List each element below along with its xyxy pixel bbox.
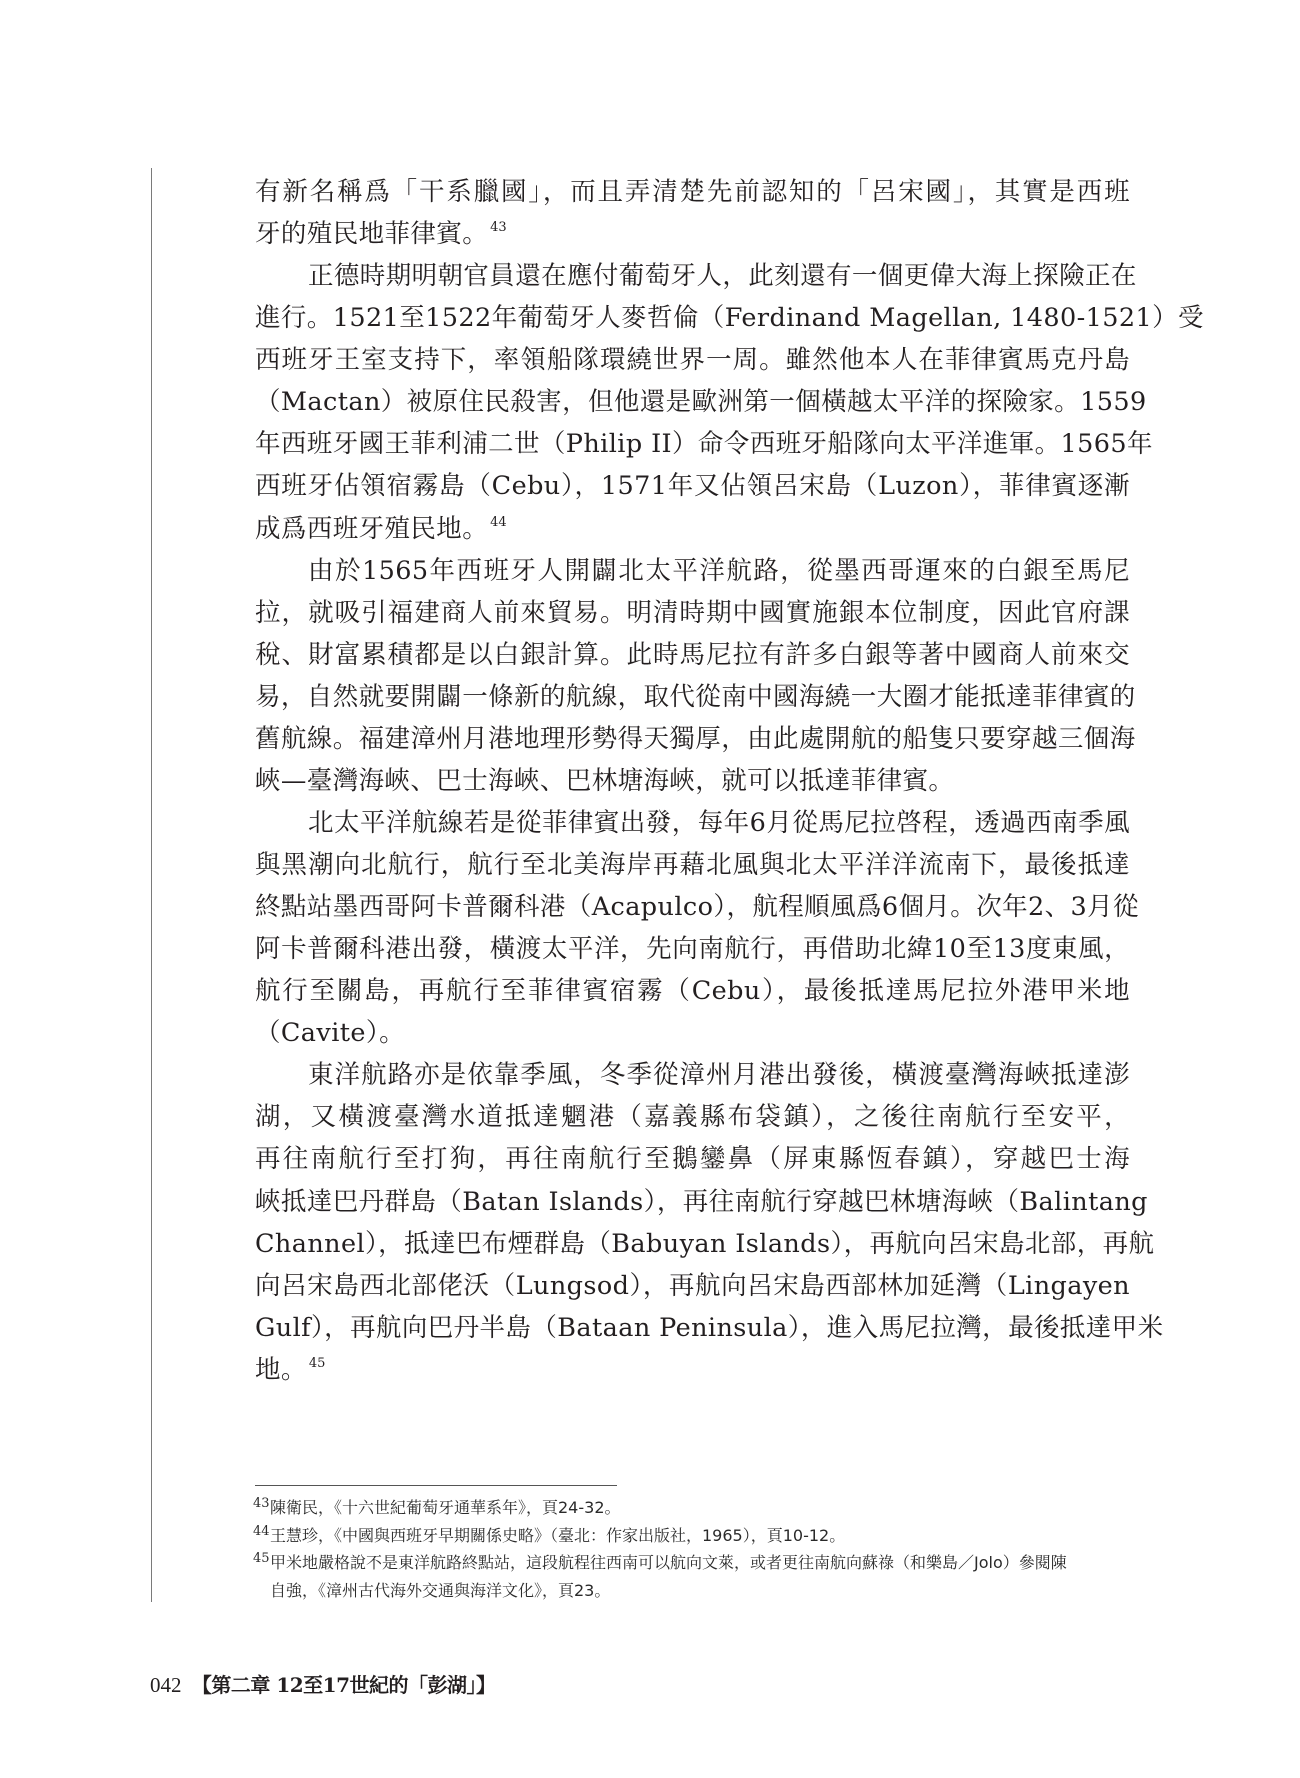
text-line-content: 西班牙佔領宿霧島（Cebu），1571年又佔領呂宋島（Luzon），菲律賓逐漸 — [255, 471, 1130, 501]
text-line-content: 正德時期明朝官員還在應付葡萄牙人，此刻還有一個更偉大海上探險正在 — [308, 261, 1137, 291]
text-line-content: （Mactan）被原住民殺害，但他還是歐洲第一個橫越太平洋的探險家。1559 — [255, 387, 1147, 417]
text-line-content: 終點站墨西哥阿卡普爾科港（Acapulco），航程順風爲6個月。次年2、3月從 — [255, 892, 1139, 922]
page-number: 042 — [150, 1673, 182, 1697]
text-line-content: 有新名稱爲「干系臘國」，而且弄清楚先前認知的「呂宋國」，其實是西班 — [255, 177, 1130, 207]
text-line-content: 與黑潮向北航行，航行至北美海岸再藉北風與北太平洋洋流南下，最後抵達 — [255, 850, 1130, 880]
text-line-content: 北太平洋航線若是從菲律賓出發，每年6月從馬尼拉啓程，透過西南季風 — [308, 808, 1130, 838]
running-header-chapter-title: 【第二章 12至17世紀的「彭湖」】 — [192, 1673, 496, 1697]
text-line: 易，自然就要開闢一條新的航線，取代從南中國海繞一大圈才能抵達菲律賓的 — [255, 676, 1130, 718]
text-line: 航行至關島，再航行至菲律賓宿霧（Cebu），最後抵達馬尼拉外港甲米地 — [255, 970, 1130, 1012]
text-line-content: 阿卡普爾科港出發，橫渡太平洋，先向南航行，再借助北緯10至13度東風， — [255, 934, 1130, 964]
text-line: （Mactan）被原住民殺害，但他還是歐洲第一個橫越太平洋的探險家。1559 — [255, 381, 1130, 423]
text-line: 拉，就吸引福建商人前來貿易。明清時期中國實施銀本位制度，因此官府課 — [255, 592, 1130, 634]
text-line-content: Gulf），再航向巴丹半島（Bataan Peninsula），進入馬尼拉灣，最… — [255, 1313, 1163, 1343]
text-line-content: 峽抵達巴丹群島（Batan Islands），再往南航行穿越巴林塘海峽（Bali… — [255, 1187, 1148, 1217]
footnote-item: 45甲米地嚴格說不是東洋航路終點站，這段航程往西南可以航向文萊，或者更往南航向蘇… — [253, 1549, 1133, 1604]
text-line-content: 東洋航路亦是依靠季風，冬季從漳州月港出發後，橫渡臺灣海峽抵達澎 — [308, 1060, 1130, 1090]
text-line: 峽—臺灣海峽、巴士海峽、巴林塘海峽，就可以抵達菲律賓。 — [255, 760, 1130, 802]
body-text: 有新名稱爲「干系臘國」，而且弄清楚先前認知的「呂宋國」，其實是西班牙的殖民地菲律… — [255, 171, 1130, 1391]
footnote-text: 自強，《漳州古代海外交通與海洋文化》，頁23。 — [270, 1577, 1133, 1605]
footnote-text: 陳衛民，《十六世紀葡萄牙通華系年》，頁24-32。 — [270, 1494, 1133, 1522]
footnote-text: 甲米地嚴格說不是東洋航路終點站，這段航程往西南可以航向文萊，或者更往南航向蘇祿（… — [270, 1549, 1133, 1577]
text-line: 與黑潮向北航行，航行至北美海岸再藉北風與北太平洋洋流南下，最後抵達 — [255, 844, 1130, 886]
footnote-number: 44 — [253, 1518, 270, 1546]
text-line: 東洋航路亦是依靠季風，冬季從漳州月港出發後，橫渡臺灣海峽抵達澎 — [255, 1054, 1130, 1096]
text-line: 牙的殖民地菲律賓。43 — [255, 213, 1130, 255]
text-line: 向呂宋島西北部佬沃（Lungsod），再航向呂宋島西部林加延灣（Lingayen — [255, 1265, 1130, 1307]
text-line: 終點站墨西哥阿卡普爾科港（Acapulco），航程順風爲6個月。次年2、3月從 — [255, 886, 1130, 928]
text-line: 舊航線。福建漳州月港地理形勢得天獨厚，由此處開航的船隻只要穿越三個海 — [255, 718, 1130, 760]
text-line-content: 稅、財富累積都是以白銀計算。此時馬尼拉有許多白銀等著中國商人前來交 — [255, 640, 1130, 670]
text-line-content: 地。 — [255, 1355, 307, 1385]
text-line: 進行。1521至1522年葡萄牙人麥哲倫（Ferdinand Magellan,… — [255, 297, 1130, 339]
text-line: 阿卡普爾科港出發，橫渡太平洋，先向南航行，再借助北緯10至13度東風， — [255, 928, 1130, 970]
paragraph: 正德時期明朝官員還在應付葡萄牙人，此刻還有一個更偉大海上探險正在進行。1521至… — [255, 255, 1130, 549]
text-line-content: 年西班牙國王菲利浦二世（Philip II）命令西班牙船隊向太平洋進軍。1565… — [255, 429, 1153, 459]
text-line: Gulf），再航向巴丹半島（Bataan Peninsula），進入馬尼拉灣，最… — [255, 1307, 1130, 1349]
text-line-content: 舊航線。福建漳州月港地理形勢得天獨厚，由此處開航的船隻只要穿越三個海 — [255, 724, 1136, 754]
text-line: 正德時期明朝官員還在應付葡萄牙人，此刻還有一個更偉大海上探險正在 — [255, 255, 1130, 297]
text-line-content: 進行。1521至1522年葡萄牙人麥哲倫（Ferdinand Magellan,… — [255, 303, 1204, 333]
text-line-content: 由於1565年西班牙人開闢北太平洋航路，從墨西哥運來的白銀至馬尼 — [308, 556, 1130, 586]
text-line: 成爲西班牙殖民地。44 — [255, 508, 1130, 550]
paragraph: 北太平洋航線若是從菲律賓出發，每年6月從馬尼拉啓程，透過西南季風與黑潮向北航行，… — [255, 802, 1130, 1054]
text-line-content: Channel），抵達巴布煙群島（Babuyan Islands），再航向呂宋島… — [255, 1229, 1154, 1259]
paragraph: 東洋航路亦是依靠季風，冬季從漳州月港出發後，橫渡臺灣海峽抵達澎湖，又橫渡臺灣水道… — [255, 1054, 1130, 1391]
page-footer: 042 【第二章 12至17世紀的「彭湖」】 — [150, 1671, 496, 1699]
footnote-reference[interactable]: 45 — [309, 1356, 326, 1371]
text-line: Channel），抵達巴布煙群島（Babuyan Islands），再航向呂宋島… — [255, 1223, 1130, 1265]
paragraph: 有新名稱爲「干系臘國」，而且弄清楚先前認知的「呂宋國」，其實是西班牙的殖民地菲律… — [255, 171, 1130, 255]
text-line-content: （Cavite）。 — [255, 1018, 405, 1048]
text-line: 年西班牙國王菲利浦二世（Philip II）命令西班牙船隊向太平洋進軍。1565… — [255, 423, 1130, 465]
text-line-content: 湖，又橫渡臺灣水道抵達魍港（嘉義縣布袋鎮），之後往南航行至安平， — [255, 1102, 1130, 1132]
paragraph: 由於1565年西班牙人開闢北太平洋航路，從墨西哥運來的白銀至馬尼拉，就吸引福建商… — [255, 550, 1130, 802]
footnote-reference[interactable]: 43 — [490, 220, 507, 235]
footnote-item: 44王慧珍，《中國與西班牙早期關係史略》（臺北：作家出版社，1965），頁10-… — [253, 1522, 1133, 1550]
text-line: 峽抵達巴丹群島（Batan Islands），再往南航行穿越巴林塘海峽（Bali… — [255, 1181, 1130, 1223]
text-line-content: 拉，就吸引福建商人前來貿易。明清時期中國實施銀本位制度，因此官府課 — [255, 598, 1130, 628]
text-line-content: 易，自然就要開闢一條新的航線，取代從南中國海繞一大圈才能抵達菲律賓的 — [255, 682, 1136, 712]
text-line: 湖，又橫渡臺灣水道抵達魍港（嘉義縣布袋鎮），之後往南航行至安平， — [255, 1096, 1130, 1138]
footnote-reference[interactable]: 44 — [490, 515, 507, 530]
footnote-text: 王慧珍，《中國與西班牙早期關係史略》（臺北：作家出版社，1965），頁10-12… — [270, 1522, 1133, 1550]
footnote-item: 43陳衛民，《十六世紀葡萄牙通華系年》，頁24-32。 — [253, 1494, 1133, 1522]
text-line-content: 再往南航行至打狗，再往南航行至鵝鑾鼻（屏東縣恆春鎮），穿越巴士海 — [255, 1144, 1130, 1174]
footnote-separator — [255, 1485, 617, 1486]
text-line-content: 峽—臺灣海峽、巴士海峽、巴林塘海峽，就可以抵達菲律賓。 — [255, 766, 954, 796]
footnote-number: 43 — [253, 1490, 270, 1518]
text-line-content: 牙的殖民地菲律賓。 — [255, 219, 488, 249]
text-line-content: 航行至關島，再航行至菲律賓宿霧（Cebu），最後抵達馬尼拉外港甲米地 — [255, 976, 1130, 1006]
footnotes: 43陳衛民，《十六世紀葡萄牙通華系年》，頁24-32。44王慧珍，《中國與西班牙… — [253, 1494, 1133, 1604]
text-line-content: 向呂宋島西北部佬沃（Lungsod），再航向呂宋島西部林加延灣（Lingayen — [255, 1271, 1130, 1301]
text-line: 稅、財富累積都是以白銀計算。此時馬尼拉有許多白銀等著中國商人前來交 — [255, 634, 1130, 676]
text-line: 地。45 — [255, 1349, 1130, 1391]
text-line: 有新名稱爲「干系臘國」，而且弄清楚先前認知的「呂宋國」，其實是西班 — [255, 171, 1130, 213]
text-line: 西班牙佔領宿霧島（Cebu），1571年又佔領呂宋島（Luzon），菲律賓逐漸 — [255, 465, 1130, 507]
text-line: 西班牙王室支持下，率領船隊環繞世界一周。雖然他本人在菲律賓馬克丹島 — [255, 339, 1130, 381]
margin-rule — [151, 168, 152, 1602]
text-line: （Cavite）。 — [255, 1012, 1130, 1054]
text-line-content: 成爲西班牙殖民地。 — [255, 514, 488, 544]
text-line: 北太平洋航線若是從菲律賓出發，每年6月從馬尼拉啓程，透過西南季風 — [255, 802, 1130, 844]
text-line-content: 西班牙王室支持下，率領船隊環繞世界一周。雖然他本人在菲律賓馬克丹島 — [255, 345, 1130, 375]
text-line: 由於1565年西班牙人開闢北太平洋航路，從墨西哥運來的白銀至馬尼 — [255, 550, 1130, 592]
text-line: 再往南航行至打狗，再往南航行至鵝鑾鼻（屏東縣恆春鎮），穿越巴士海 — [255, 1138, 1130, 1180]
footnote-number: 45 — [253, 1545, 270, 1573]
